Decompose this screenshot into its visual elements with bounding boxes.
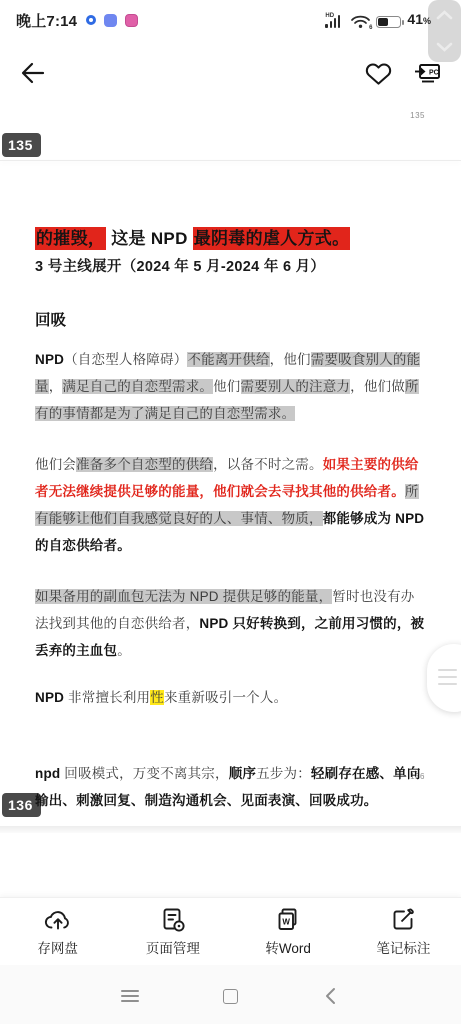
status-bar: 晚上7:14 HD 6 41%: [0, 0, 461, 40]
battery-icon: [376, 16, 401, 28]
tool-label: 页面管理: [146, 937, 200, 957]
paragraph-4: NPD 非常擅长利用性来重新吸引一个人。: [35, 684, 426, 711]
tool-label: 转Word: [265, 937, 311, 957]
app-toolbar: PC: [0, 40, 461, 106]
status-right-cluster: HD 6 41%: [325, 12, 431, 29]
battery-percent: 41%: [407, 12, 431, 29]
paragraph-2: 他们会准备多个自恋型的供给，以备不时之需。如果主要的供给者无法继续提供足够的能量…: [35, 451, 426, 559]
send-to-pc-button[interactable]: PC: [413, 58, 443, 88]
note-annotate-button[interactable]: 笔记标注: [346, 898, 461, 965]
send-to-pc-icon: PC: [413, 58, 443, 88]
wifi-icon: 6: [351, 14, 370, 29]
paragraph-1: NPD（自恋型人格障碍）不能离开供给，他们需要吸食别人的能量，满足自己的自恋型需…: [35, 346, 426, 427]
page-badge-135[interactable]: 135: [2, 133, 41, 157]
page-manage-icon: [159, 906, 187, 934]
cloud-upload-icon: [43, 906, 73, 934]
square-icon: [223, 989, 238, 1004]
heart-icon: [365, 60, 392, 87]
hamburger-icon: [438, 669, 457, 685]
nav-recents-button[interactable]: [118, 987, 142, 1005]
menu-icon: [121, 990, 139, 1002]
doc-subtitle: 3 号主线展开（2024 年 5 月-2024 年 6 月）: [35, 254, 426, 281]
word-w-label: W: [283, 917, 291, 926]
tool-label: 笔记标注: [376, 937, 430, 957]
tool-label: 存网盘: [37, 937, 78, 957]
nav-home-button[interactable]: [218, 987, 242, 1005]
chevron-left-icon: [324, 987, 336, 1005]
save-to-cloud-button[interactable]: 存网盘: [0, 898, 115, 965]
wifi6-label: 6: [369, 25, 372, 31]
paragraph-3: 如果备用的副血包无法为 NPD 提供足够的能量，暂时也没有办法找到其他的自恋供给…: [35, 583, 426, 664]
bottom-toolbar: 存网盘 页面管理 W 转Word 笔记标注: [0, 897, 461, 965]
pc-label: PC: [429, 69, 439, 76]
record-dot-icon: [86, 15, 96, 25]
section-heading: 回吸: [35, 308, 426, 330]
to-word-icon: W: [274, 906, 302, 934]
favorite-button[interactable]: [363, 58, 393, 88]
notification-icons: [86, 14, 138, 27]
clock: 晚上7:14: [16, 10, 77, 31]
page-separator: [0, 826, 461, 833]
doc-page-number-top: 135: [410, 111, 425, 120]
document-page-135: 的摧毁， 这是 NPD 最阴毒的虐人方式。 3 号主线展开（2024 年 5 月…: [0, 161, 461, 814]
app-notification-icon: [104, 14, 117, 27]
app-notification-icon-2: [125, 14, 138, 27]
nav-back-button[interactable]: [318, 987, 342, 1005]
to-word-button[interactable]: W 转Word: [231, 898, 346, 965]
note-annotate-icon: [389, 906, 417, 934]
doc-title: 的摧毁， 这是 NPD 最阴毒的虐人方式。: [35, 225, 426, 252]
android-nav-bar: [0, 965, 461, 1024]
page-manage-button[interactable]: 页面管理: [115, 898, 230, 965]
back-button[interactable]: [18, 58, 48, 88]
signal-bars-icon: HD: [325, 14, 345, 29]
floating-menu-handle[interactable]: [427, 644, 461, 712]
reader-app-screen: 晚上7:14 HD 6 41%: [0, 0, 461, 1024]
back-arrow-icon: [19, 59, 47, 87]
paragraph-5: npd 回吸模式，万变不离其宗，顺序五步为：轻刷存在感、单向输出、刺激回复、制造…: [35, 760, 426, 814]
